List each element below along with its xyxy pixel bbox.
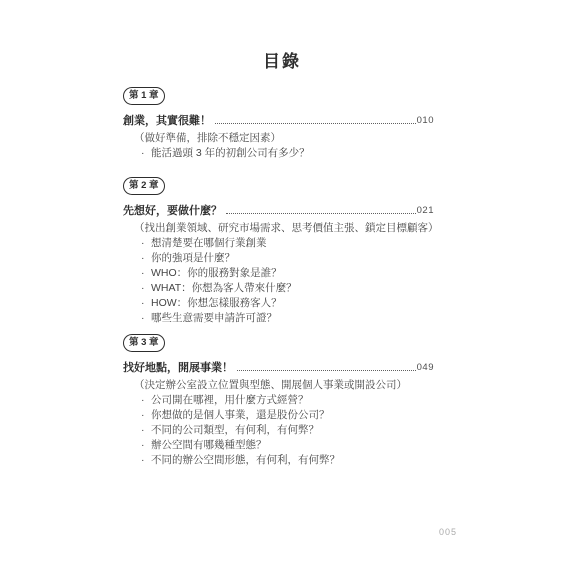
dotted-leader — [215, 123, 416, 124]
chapter-heading-row: 創業，其實很難！ 010 — [123, 113, 434, 129]
chapter-page-number: 049 — [417, 360, 434, 376]
list-item: ·不同的公司類型，有何利，有何弊？ — [141, 423, 434, 438]
bullet-icon: · — [141, 438, 151, 453]
bullet-icon: · — [141, 281, 151, 296]
list-item: ·哪些生意需要申請許可證？ — [141, 311, 434, 326]
chapter-heading-row: 先想好，要做什麼？ 021 — [123, 203, 434, 219]
bullet-icon: · — [141, 236, 151, 251]
chapter-heading: 找好地點，開展事業！ — [123, 360, 233, 376]
dotted-leader — [237, 370, 416, 371]
bullet-list: ·能活過頭 3 年的初創公司有多少？ — [123, 146, 434, 161]
list-item: ·想清楚要在哪個行業創業 — [141, 236, 434, 251]
bullet-list: ·想清楚要在哪個行業創業 ·你的強項是什麼？ ·WHO：你的服務對象是誰？ ·W… — [123, 236, 434, 326]
chapter-page-number: 010 — [417, 113, 434, 129]
bullet-text: 能活過頭 3 年的初創公司有多少？ — [151, 146, 310, 161]
chapter-subtitle: （決定辦公室設立位置與型態、開展個人事業或開設公司） — [123, 378, 434, 393]
bullet-icon: · — [141, 266, 151, 281]
list-item: ·WHO：你的服務對象是誰？ — [141, 266, 434, 281]
bullet-icon: · — [141, 146, 151, 161]
bullet-icon: · — [141, 311, 151, 326]
chapter-page-number: 021 — [417, 203, 434, 219]
list-item: ·公司開在哪裡，用什麼方式經營？ — [141, 393, 434, 408]
bullet-icon: · — [141, 423, 151, 438]
chapter-badge: 第 2 章 — [123, 177, 165, 195]
chapter-heading: 創業，其實很難！ — [123, 113, 211, 129]
folio-page-number: 005 — [439, 527, 457, 537]
list-item: ·WHAT：你想為客人帶來什麼？ — [141, 281, 434, 296]
bullet-icon: · — [141, 251, 151, 266]
dotted-leader — [226, 213, 416, 214]
bullet-icon: · — [141, 408, 151, 423]
page-title: 目錄 — [0, 47, 564, 72]
list-item: ·不同的辦公空間形態，有何利，有何弊？ — [141, 453, 434, 468]
bullet-text: 不同的辦公空間形態，有何利，有何弊？ — [151, 453, 340, 468]
bullet-list: ·公司開在哪裡，用什麼方式經營？ ·你想做的是個人事業，還是股份公司？ ·不同的… — [123, 393, 434, 468]
list-item: ·你想做的是個人事業，還是股份公司？ — [141, 408, 434, 423]
bullet-text: 哪些生意需要申請許可證？ — [151, 311, 277, 326]
list-item: ·能活過頭 3 年的初創公司有多少？ — [141, 146, 434, 161]
bullet-icon: · — [141, 296, 151, 311]
list-item: ·你的強項是什麼？ — [141, 251, 434, 266]
bullet-text: 不同的公司類型，有何利，有何弊？ — [151, 423, 319, 438]
bullet-text: 辦公空間有哪幾種型態？ — [151, 438, 267, 453]
bullet-text: WHO：你的服務對象是誰？ — [151, 266, 282, 281]
chapter-heading-row: 找好地點，開展事業！ 049 — [123, 360, 434, 376]
chapter-subtitle: （做好準備，排除不穩定因素） — [123, 131, 434, 146]
chapter-subtitle: （找出創業領域、研究市場需求、思考價值主張、鎖定目標顧客） — [123, 221, 434, 236]
list-item: ·辦公空間有哪幾種型態？ — [141, 438, 434, 453]
bullet-text: HOW：你想怎樣服務客人？ — [151, 296, 282, 311]
chapter-section-3: 第 3 章 找好地點，開展事業！ 049 （決定辦公室設立位置與型態、開展個人事… — [123, 332, 434, 468]
bullet-text: WHAT：你想為客人帶來什麼？ — [151, 281, 297, 296]
chapter-badge: 第 1 章 — [123, 87, 165, 105]
chapter-badge: 第 3 章 — [123, 334, 165, 352]
bullet-text: 想清楚要在哪個行業創業 — [151, 236, 267, 251]
bullet-icon: · — [141, 393, 151, 408]
list-item: ·HOW：你想怎樣服務客人？ — [141, 296, 434, 311]
chapter-section-1: 第 1 章 創業，其實很難！ 010 （做好準備，排除不穩定因素） ·能活過頭 … — [123, 85, 434, 161]
bullet-icon: · — [141, 453, 151, 468]
bullet-text: 你想做的是個人事業，還是股份公司？ — [151, 408, 330, 423]
bullet-text: 公司開在哪裡，用什麼方式經營？ — [151, 393, 309, 408]
chapter-heading: 先想好，要做什麼？ — [123, 203, 222, 219]
bullet-text: 你的強項是什麼？ — [151, 251, 235, 266]
chapter-section-2: 第 2 章 先想好，要做什麼？ 021 （找出創業領域、研究市場需求、思考價值主… — [123, 175, 434, 326]
